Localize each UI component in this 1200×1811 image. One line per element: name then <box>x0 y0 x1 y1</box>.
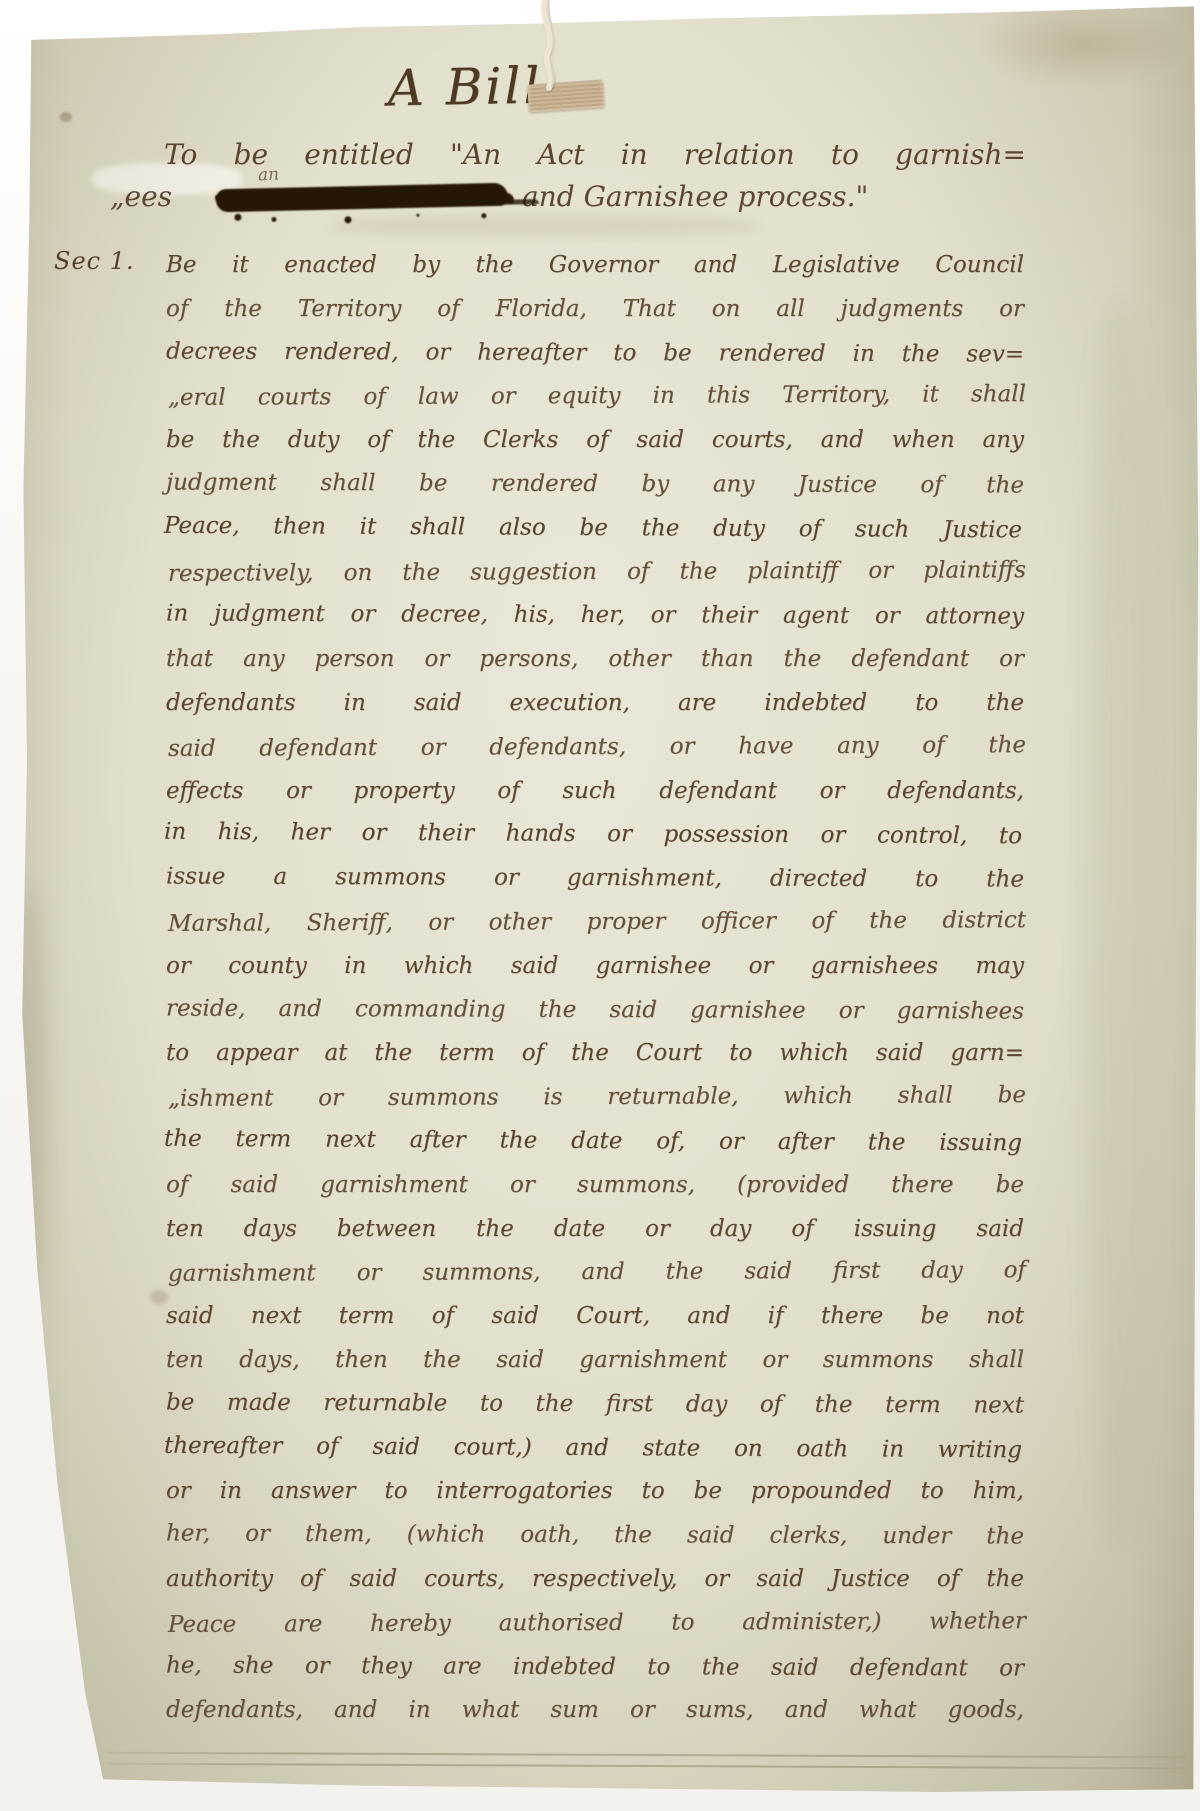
manuscript-line: of said garnishment or summons, (provide… <box>166 1164 1024 1208</box>
manuscript-line: Peace are hereby authorised to administe… <box>168 1600 1026 1648</box>
manuscript-line: he, she or they are indebted to the said… <box>166 1644 1024 1691</box>
stacked-sheets-edge <box>108 1748 1186 1783</box>
left-edge-shadow <box>12 880 46 1310</box>
title-line2-suffix: and Garnishee process." <box>522 180 868 213</box>
manuscript-line: Be it enacted by the Governor and Legisl… <box>166 244 1024 288</box>
manuscript-line: or in answer to interrogatories to be pr… <box>166 1470 1024 1514</box>
title-line-1: To be entitled "An Act in relation to ga… <box>164 138 1026 171</box>
manuscript-line: issue a summons or garnishment, directed… <box>166 856 1024 903</box>
manuscript-line: be the duty of the Clerks of said courts… <box>166 419 1024 463</box>
manuscript-line: defendants, and in what sum or sums, and… <box>166 1689 1024 1733</box>
manuscript-line: Peace, then it shall also be the duty of… <box>164 505 1022 553</box>
manuscript-page: A Bill To be entitled "An Act in relatio… <box>0 0 1200 1811</box>
bleed-through-smudge <box>330 215 760 237</box>
manuscript-line: in his, her or their hands or possession… <box>164 811 1022 859</box>
ink-blot-strikeout <box>216 183 508 213</box>
manuscript-line: be made returnable to the first day of t… <box>166 1381 1024 1428</box>
manuscript-line: „ishment or summons is returnable, which… <box>168 1074 1026 1122</box>
manuscript-line: ten days between the date or day of issu… <box>166 1208 1024 1252</box>
manuscript-line: judgment shall be rendered by any Justic… <box>166 461 1024 508</box>
manuscript-line: effects or property of such defendant or… <box>166 770 1024 814</box>
manuscript-line: respectively, on the suggestion of the p… <box>168 549 1026 597</box>
title-line-2: an „ees and Garnishee process." <box>110 180 866 213</box>
manuscript-line: in judgment or decree, his, her, or thei… <box>166 593 1024 640</box>
manuscript-line: ten days, then the said garnishment or s… <box>166 1339 1024 1383</box>
manuscript-line: Marshal, Sheriff, or other proper office… <box>168 899 1026 947</box>
manuscript-line: the term next after the date of, or afte… <box>164 1118 1022 1166</box>
manuscript-line: or county in which said garnishee or gar… <box>166 945 1024 989</box>
manuscript-line: thereafter of said court,) and state on … <box>164 1424 1022 1472</box>
manuscript-line: said defendant or defendants, or have an… <box>168 724 1026 772</box>
manuscript-line: that any person or persons, other than t… <box>166 638 1024 682</box>
manuscript-line: said next term of said Court, and if the… <box>166 1295 1024 1339</box>
manuscript-body: Be it enacted by the Governor and Legisl… <box>166 244 1024 1733</box>
manuscript-line: of the Territory of Florida, That on all… <box>166 288 1024 332</box>
manuscript-line: to appear at the term of the Court to wh… <box>166 1032 1024 1076</box>
ink-speck <box>60 112 72 122</box>
manuscript-line: garnishment or summons, and the said fir… <box>168 1249 1026 1297</box>
manuscript-line: authority of said courts, respectively, … <box>166 1558 1024 1602</box>
manuscript-line: defendants in said execution, are indebt… <box>166 682 1024 726</box>
manuscript-line: reside, and commanding the said garnishe… <box>166 987 1024 1034</box>
section-label: Sec 1. <box>54 247 135 275</box>
stain-top-right <box>975 2 1190 87</box>
right-edge-shading <box>1085 300 1155 1550</box>
inserted-word: an <box>257 164 279 185</box>
title-line2-prefix: „ees <box>110 180 172 213</box>
binding-thread-icon <box>515 0 585 92</box>
manuscript-line: decrees rendered, or hereafter to be ren… <box>166 330 1024 377</box>
manuscript-line: her, or them, (which oath, the said cler… <box>166 1513 1024 1560</box>
manuscript-line: „eral courts of law or equity in this Te… <box>168 374 1026 422</box>
